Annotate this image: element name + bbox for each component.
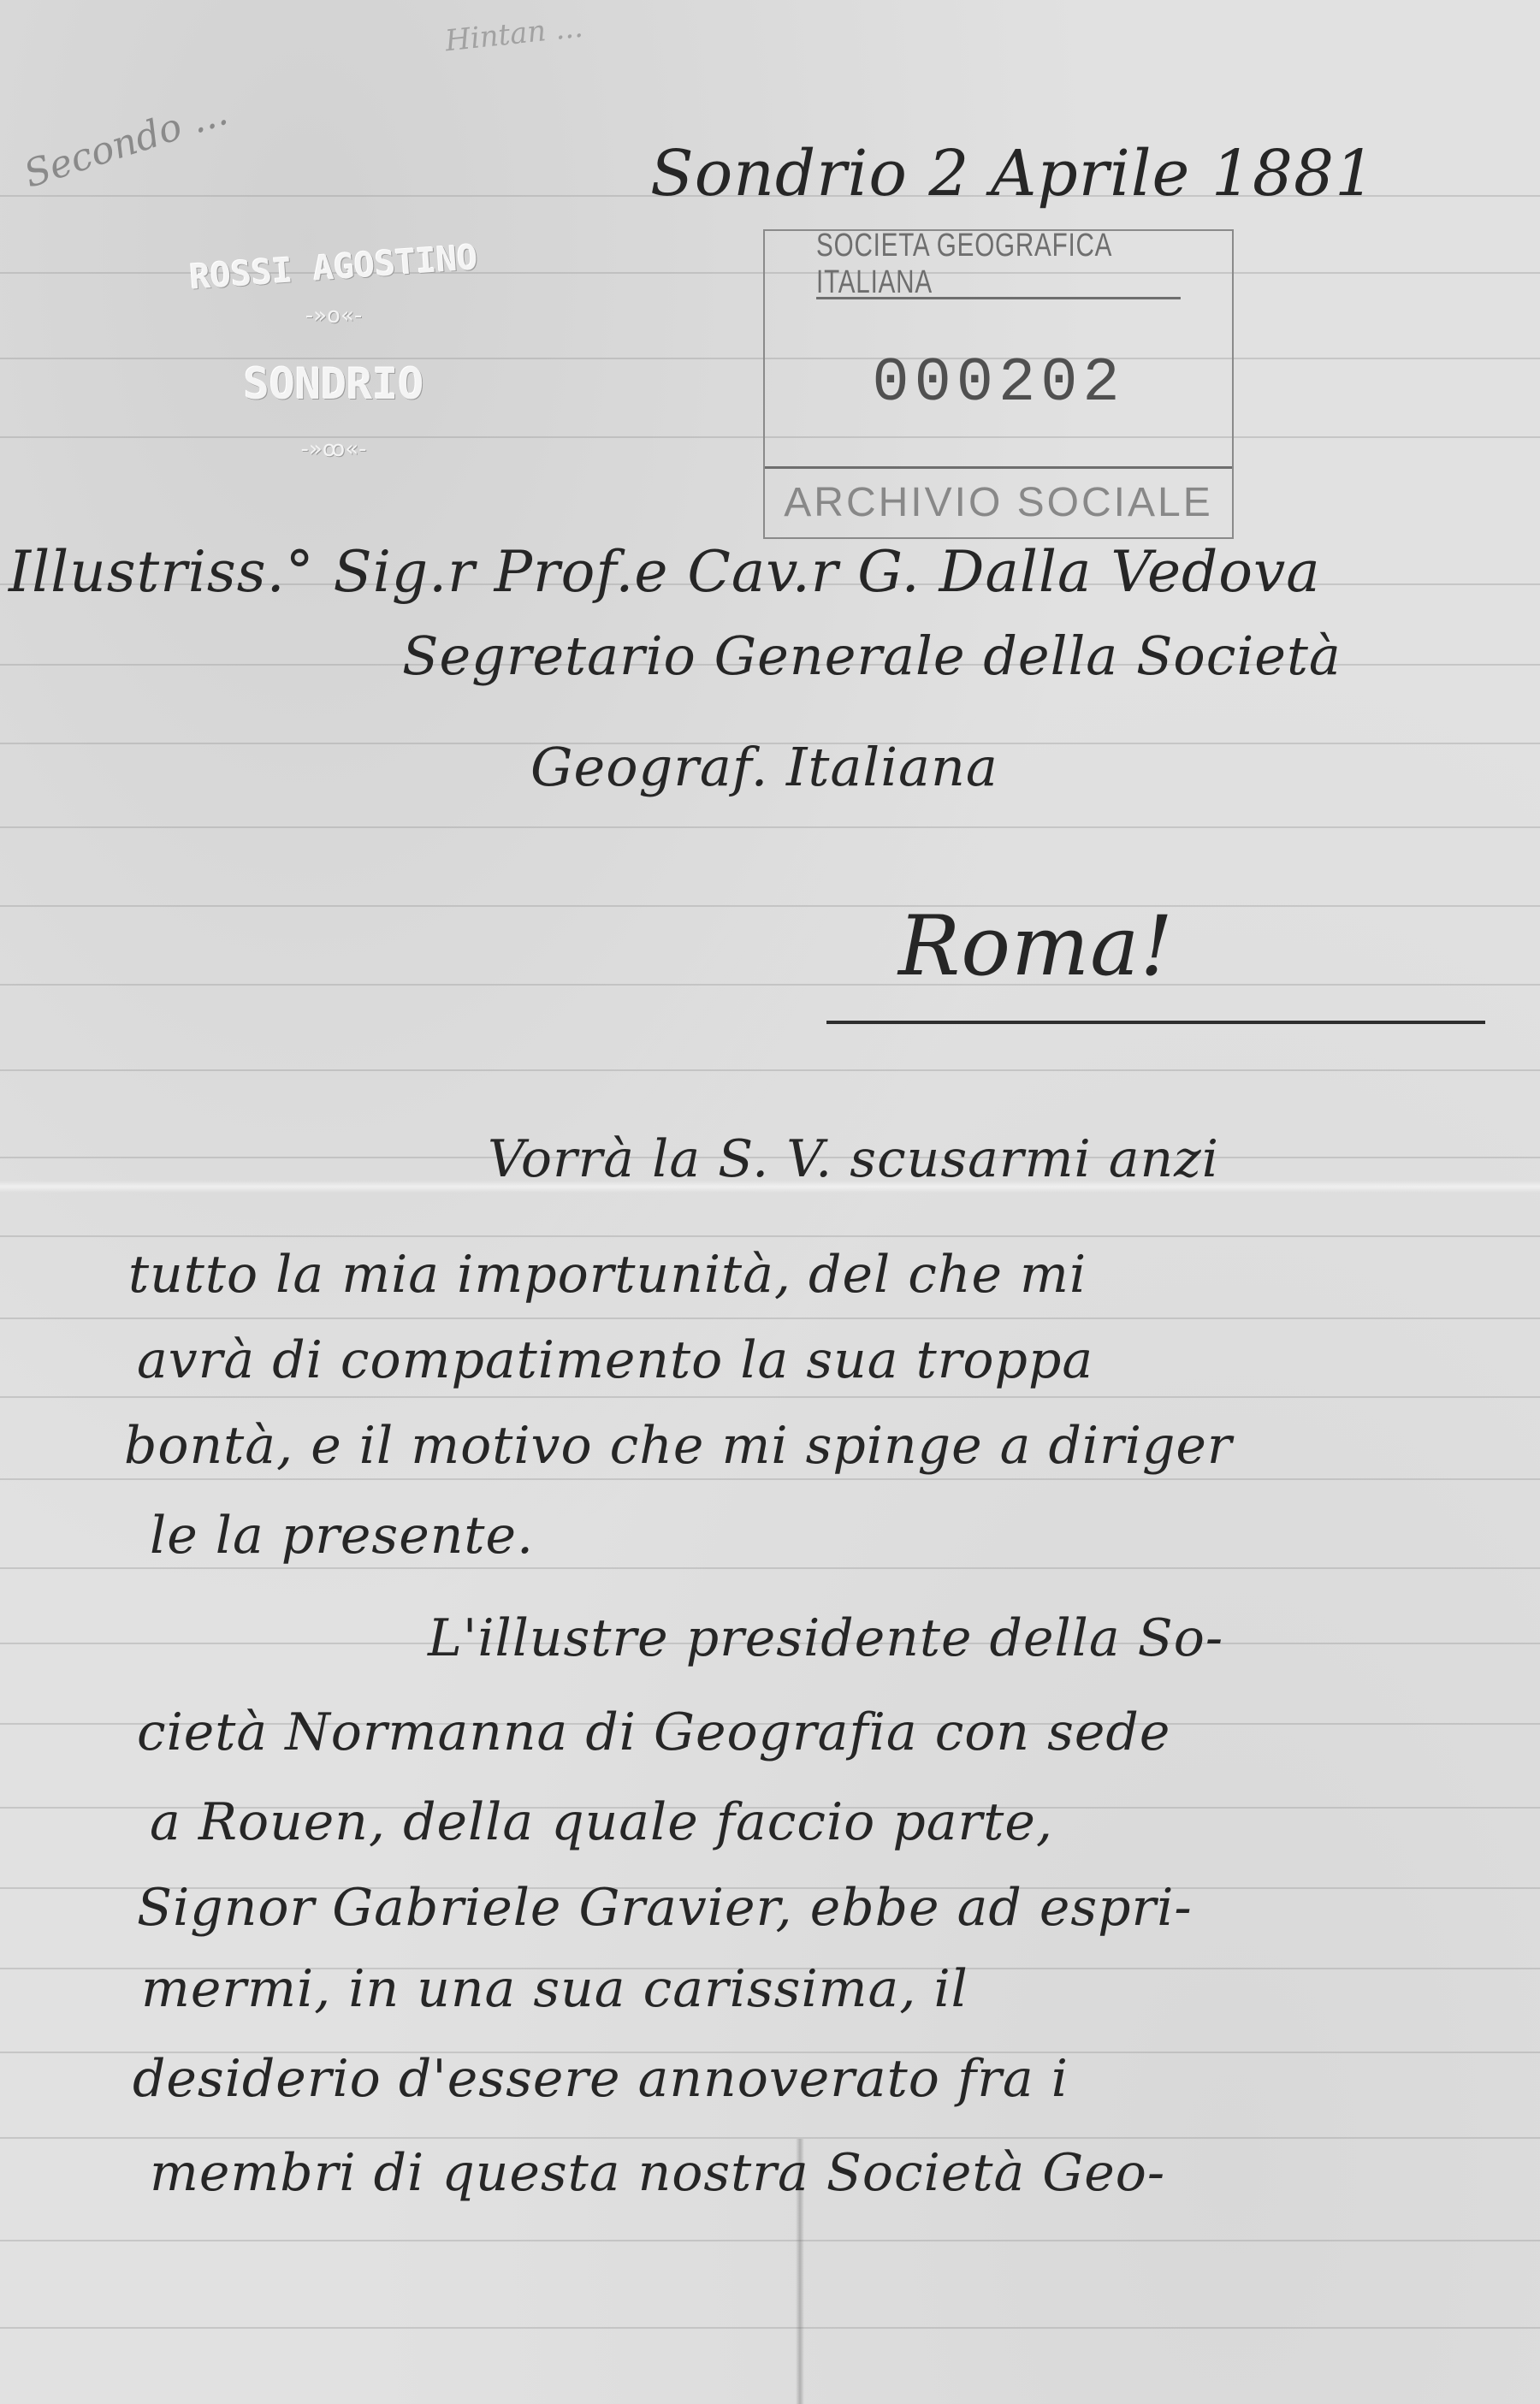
body-line: Signor Gabriele Gravier, ebbe ad espri- <box>137 1878 1193 1938</box>
ruled-line <box>0 826 1540 828</box>
body-line: a Rouen, della quale faccio parte, <box>150 1792 1053 1852</box>
body-line: membri di questa nostra Società Geo- <box>150 2143 1165 2203</box>
ruled-line <box>0 1567 1540 1569</box>
address-line-3: Geograf. Italiana <box>530 736 998 798</box>
ruled-line <box>0 1478 1540 1480</box>
address-city: Roma! <box>898 898 1174 994</box>
body-line: tutto la mia importunità, del che mi <box>128 1245 1087 1305</box>
body-line: Vorrà la S. V. scusarmi anzi <box>488 1129 1219 1189</box>
body-line: L'illustre presidente della So- <box>428 1608 1223 1668</box>
body-line: mermi, in una sua carissima, il <box>141 1959 968 2019</box>
letterhead-ornament-top-icon: -»o«- <box>265 303 402 329</box>
ruled-line <box>0 1317 1540 1319</box>
margin-note-top: Hintan ... <box>443 10 584 59</box>
letterhead-ornament-bottom-icon: -»ꝏ«- <box>231 436 436 462</box>
ruled-line <box>0 984 1540 986</box>
body-line: le la presente. <box>150 1506 534 1566</box>
letterhead-name: ROSSI AGOSTINO <box>145 235 523 301</box>
address-underline <box>826 1021 1485 1024</box>
ruled-line <box>0 905 1540 907</box>
margin-note-left: Secondo ... <box>19 90 233 197</box>
archive-stamp: SOCIETA GEOGRAFICA ITALIANA 000202 ARCHI… <box>763 229 1234 539</box>
stamp-number: 000202 <box>765 299 1232 469</box>
body-line: cietà Normanna di Geografia con sede <box>137 1702 1170 1762</box>
stamp-header: SOCIETA GEOGRAFICA ITALIANA <box>816 231 1181 299</box>
letter-page: Secondo ... Hintan ... ROSSI AGOSTINO -»… <box>0 0 1540 2404</box>
body-line: desiderio d'essere annoverato fra i <box>133 2049 1069 2109</box>
body-line: avrà di compatimento la sua troppa <box>137 1330 1093 1390</box>
ruled-line <box>0 2240 1540 2241</box>
body-line: bontà, e il motivo che mi spinge a dirig… <box>124 1416 1233 1476</box>
ruled-line <box>0 1069 1540 1071</box>
stamp-footer: ARCHIVIO SOCIALE <box>765 469 1232 536</box>
address-line-2: Segretario Generale della Società <box>402 625 1342 687</box>
ruled-line <box>0 2137 1540 2139</box>
ruled-line <box>0 1396 1540 1398</box>
letterhead-city: SONDRIO <box>188 359 479 409</box>
address-line-1: Illustriss.° Sig.r Prof.e Cav.r G. Dalla… <box>9 539 1321 605</box>
ruled-line <box>0 1235 1540 1237</box>
ruled-line <box>0 2327 1540 2329</box>
dateline: Sondrio 2 Aprile 1881 <box>650 137 1376 210</box>
